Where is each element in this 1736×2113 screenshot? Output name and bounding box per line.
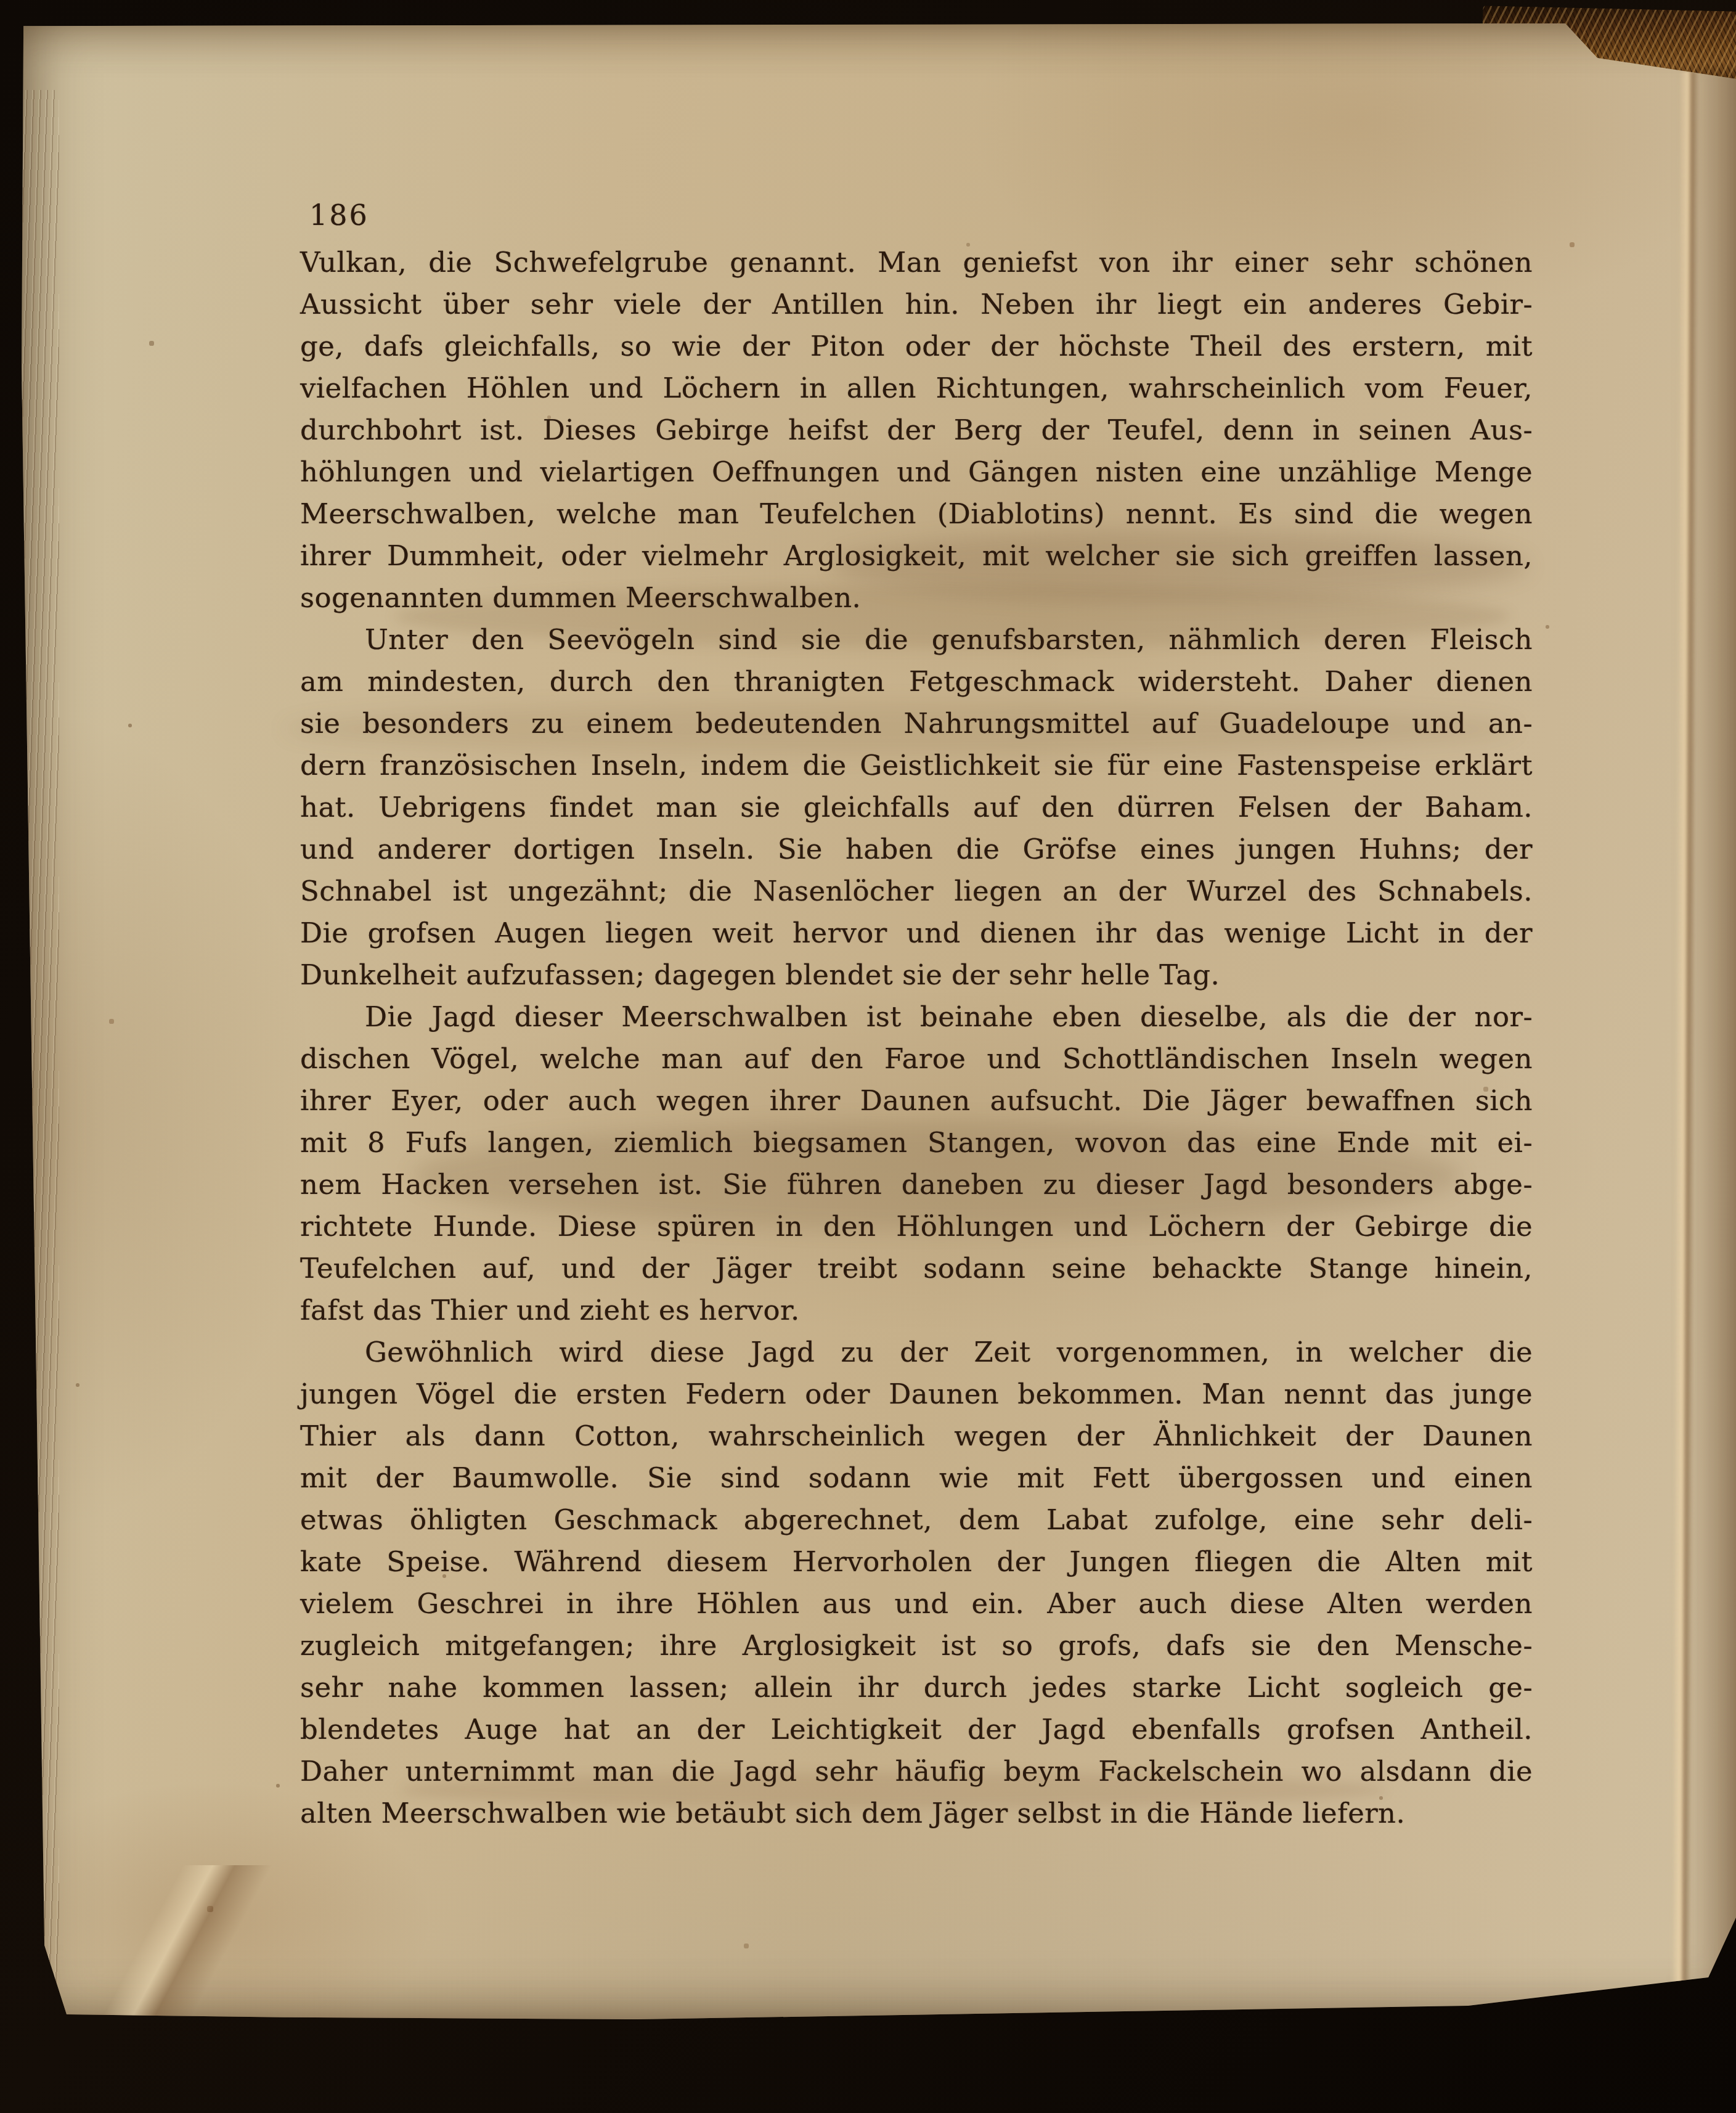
text-line: Schnabel ist ungezähnt; die Nasenlöcher … [300,870,1533,912]
text-line: ihrer Eyer, oder auch wegen ihrer Daunen… [300,1080,1533,1122]
text-line: dern französischen Inseln, indem die Gei… [300,745,1533,787]
text-line: Meerschwalben, welche man Teufelchen (Di… [300,493,1533,535]
text-line: blendetes Auge hat an der Leichtigkeit d… [300,1709,1533,1751]
text-line: sogenannten dummen Meerschwalben. [300,577,1533,619]
text-line: alten Meerschwalben wie betäubt sich dem… [300,1792,1533,1834]
text-block: Vulkan, die Schwefelgrube genannt. Man g… [300,242,1533,1834]
text-line: Unter den Seevögeln sind sie die genufsb… [300,619,1533,661]
text-line: dischen Vögel, welche man auf den Faroe … [300,1038,1533,1080]
gutter-shadow [1679,59,1736,2019]
text-line: Daher unternimmt man die Jagd sehr häufi… [300,1751,1533,1792]
dog-ear-fold [42,1865,332,2019]
text-line: Gewöhnlich wird diese Jagd zu der Zeit v… [300,1331,1533,1373]
text-line: sehr nahe kommen lassen; allein ihr durc… [300,1667,1533,1709]
text-line: hat. Uebrigens findet man sie gleichfall… [300,787,1533,828]
text-line: nem Hacken versehen ist. Sie führen dane… [300,1164,1533,1206]
text-line: mit der Baumwolle. Sie sind sodann wie m… [300,1457,1533,1499]
text-line: Thier als dann Cotton, wahrscheinlich we… [300,1415,1533,1457]
text-line: vielfachen Höhlen und Löchern in allen R… [300,367,1533,409]
text-line: fafst das Thier und zieht es hervor. [300,1289,1533,1331]
text-line: jungen Vögel die ersten Federn oder Daun… [300,1373,1533,1415]
text-line: sie besonders zu einem bedeutenden Nahru… [300,703,1533,745]
text-line: Dunkelheit aufzufassen; dagegen blendet … [300,954,1533,996]
text-line: höhlungen und vielartigen Oeffnungen und… [300,451,1533,493]
text-line: mit 8 Fufs langen, ziemlich biegsamen St… [300,1122,1533,1164]
foxing-specks [18,22,20,23]
text-line: und anderer dortigen Inseln. Sie haben d… [300,828,1533,870]
text-line: Vulkan, die Schwefelgrube genannt. Man g… [300,242,1533,284]
text-line: kate Speise. Während diesem Hervorholen … [300,1541,1533,1583]
text-line: ge, dafs gleichfalls, so wie der Piton o… [300,325,1533,367]
text-line: richtete Hunde. Diese spüren in den Höhl… [300,1206,1533,1248]
text-line: Teufelchen auf, und der Jäger treibt sod… [300,1248,1533,1289]
page-stack-edges [18,90,59,1988]
book-page: 186 Vulkan, die Schwefelgrube genannt. M… [18,22,1736,2019]
text-line: etwas öhligten Geschmack abgerechnet, de… [300,1499,1533,1541]
text-line: Die grofsen Augen liegen weit hervor und… [300,912,1533,954]
text-line: am mindesten, durch den thranigten Fetge… [300,661,1533,703]
text-line: durchbohrt ist. Dieses Gebirge heifst de… [300,409,1533,451]
text-line: vielem Geschrei in ihre Höhlen aus und e… [300,1583,1533,1625]
text-line: Die Jagd dieser Meerschwalben ist beinah… [300,996,1533,1038]
scanned-book-photo: 186 Vulkan, die Schwefelgrube genannt. M… [0,0,1736,2113]
page-number: 186 [309,198,369,232]
text-line: zugleich mitgefangen; ihre Arglosigkeit … [300,1625,1533,1667]
text-line: ihrer Dummheit, oder vielmehr Arglosigke… [300,535,1533,577]
text-line: Aussicht über sehr viele der Antillen hi… [300,284,1533,325]
